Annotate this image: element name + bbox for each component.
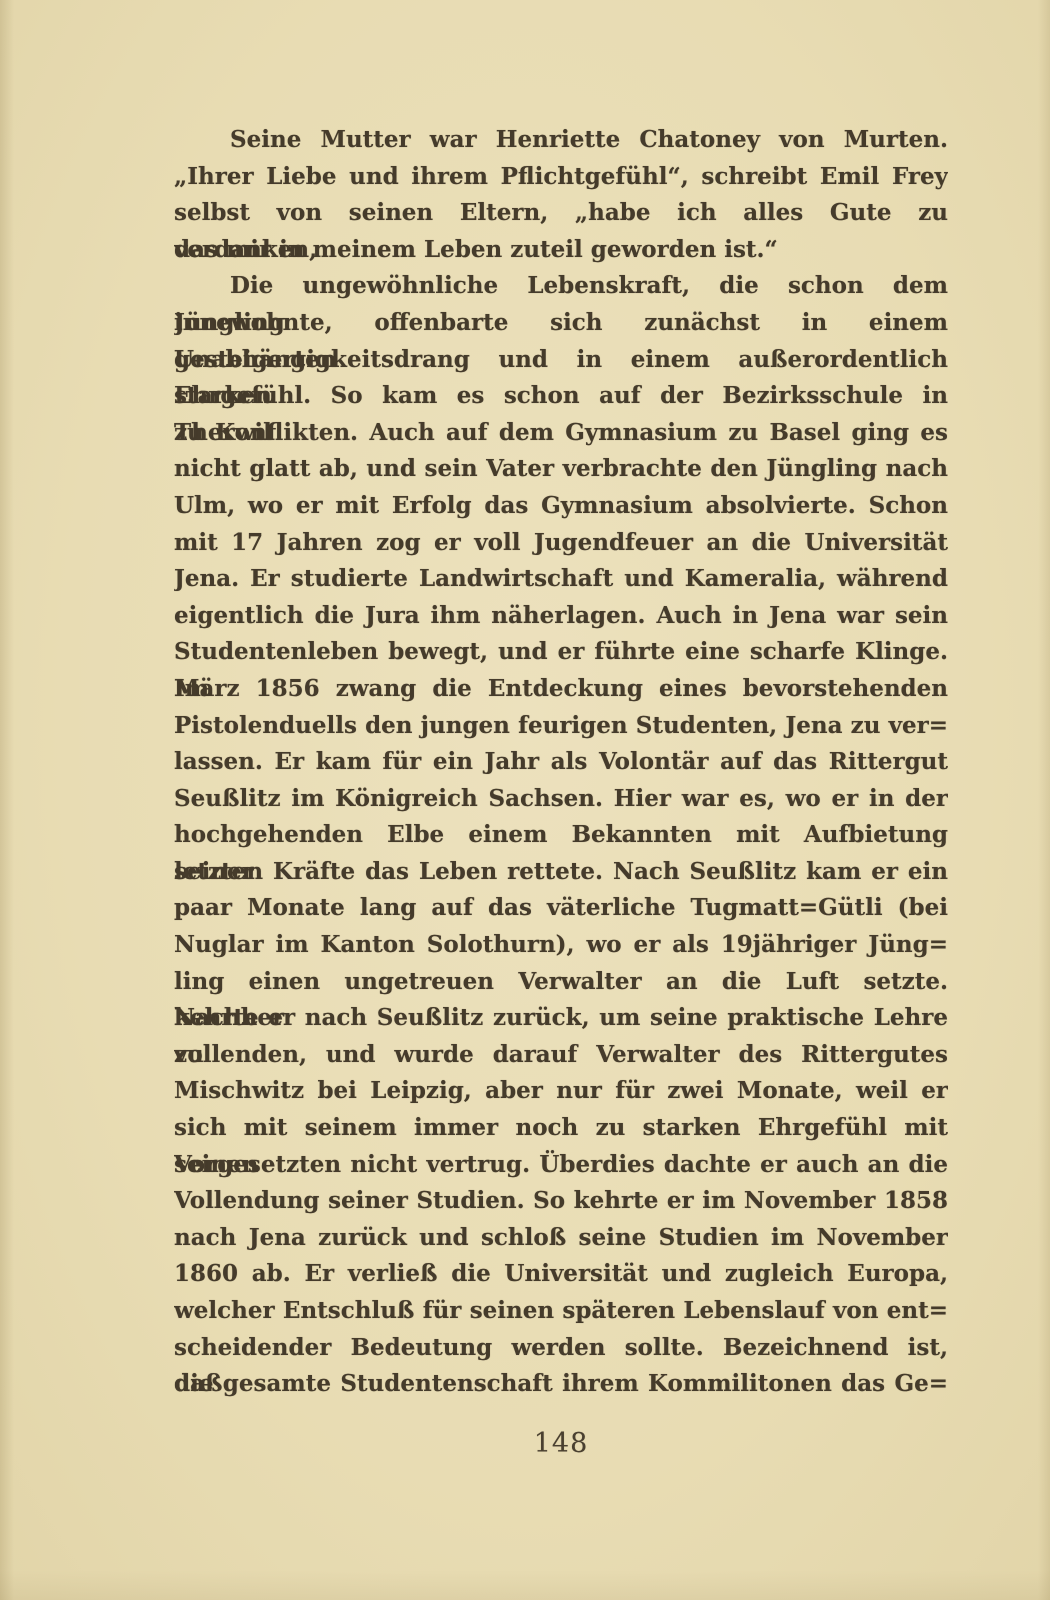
body-text: Seine Mutter war Henriette Chatoney von … — [174, 122, 948, 1403]
text-line: nach Jena zurück und schloß seine Studie… — [174, 1220, 948, 1257]
text-line: mit 17 Jahren zog er voll Jugendfeuer an… — [174, 525, 948, 562]
text-line: Nuglar im Kanton Solothurn), wo er als 1… — [174, 927, 948, 964]
text-line: kehrte er nach Seußlitz zurück, um seine… — [174, 1000, 948, 1037]
text-line: die gesamte Studentenschaft ihrem Kommil… — [174, 1366, 948, 1403]
paragraph: Seine Mutter war Henriette Chatoney von … — [174, 122, 948, 268]
text-line: 1860 ab. Er verließ die Universität und … — [174, 1256, 948, 1293]
text-line: Studentenleben bewegt, und er führte ein… — [174, 634, 948, 671]
text-line: Ehrgefühl. So kam es schon auf der Bezir… — [174, 378, 948, 415]
page-number: 148 — [174, 1428, 948, 1459]
text-line: Unabhängigkeitsdrang und in einem außero… — [174, 342, 948, 379]
text-line: ling einen ungetreuen Verwalter an die L… — [174, 964, 948, 1001]
book-page: Seine Mutter war Henriette Chatoney von … — [0, 0, 1050, 1600]
text-line: letzten Kräfte das Leben rettete. Nach S… — [174, 854, 948, 891]
text-line: Die ungewöhnliche Lebenskraft, die schon… — [174, 268, 948, 305]
text-line: das mir in meinem Leben zuteil geworden … — [174, 232, 948, 269]
text-line: Vollendung seiner Studien. So kehrte er … — [174, 1183, 948, 1220]
text-line: Mischwitz bei Leipzig, aber nur für zwei… — [174, 1073, 948, 1110]
text-line: hochgehenden Elbe einem Bekannten mit Au… — [174, 817, 948, 854]
text-line: März 1856 zwang die Entdeckung eines bev… — [174, 671, 948, 708]
text-line: selbst von seinen Eltern, „habe ich alle… — [174, 195, 948, 232]
text-line: Seußlitz im Königreich Sachsen. Hier war… — [174, 781, 948, 818]
text-line: nicht glatt ab, und sein Vater verbracht… — [174, 451, 948, 488]
text-line: zu Konflikten. Auch auf dem Gymnasium zu… — [174, 415, 948, 452]
text-line: Pistolenduells den jungen feurigen Stude… — [174, 708, 948, 745]
text-line: vollenden, und wurde darauf Verwalter de… — [174, 1037, 948, 1074]
text-line: „Ihrer Liebe und ihrem Pflichtgefühl“, s… — [174, 159, 948, 196]
text-line: Seine Mutter war Henriette Chatoney von … — [174, 122, 948, 159]
text-line: sich mit seinem immer noch zu starken Eh… — [174, 1110, 948, 1147]
text-line: Vorgesetzten nicht vertrug. Überdies dac… — [174, 1147, 948, 1184]
text-line: scheidender Bedeutung werden sollte. Bez… — [174, 1330, 948, 1367]
text-line: innewohnte, offenbarte sich zunächst in … — [174, 305, 948, 342]
text-line: eigentlich die Jura ihm näherlagen. Auch… — [174, 598, 948, 635]
text-line: lassen. Er kam für ein Jahr als Volontär… — [174, 744, 948, 781]
text-line: Ulm, wo er mit Erfolg das Gymnasium abso… — [174, 488, 948, 525]
paragraph: Die ungewöhnliche Lebenskraft, die schon… — [174, 268, 948, 1402]
text-line: welcher Entschluß für seinen späteren Le… — [174, 1293, 948, 1330]
text-line: Jena. Er studierte Landwirtschaft und Ka… — [174, 561, 948, 598]
text-line: paar Monate lang auf das väterliche Tugm… — [174, 890, 948, 927]
